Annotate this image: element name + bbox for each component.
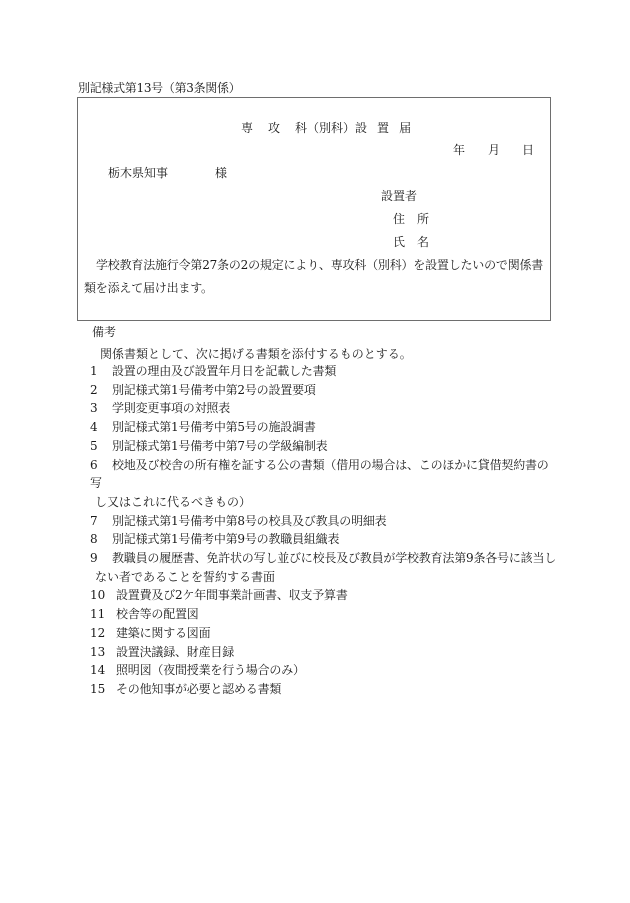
addressee: 栃木県知事	[108, 164, 168, 181]
item-text: 別記様式第1号備考中第7号の学級編制表	[112, 437, 327, 456]
item-text-continued: し又はこれに代るべきもの）	[90, 493, 560, 512]
title-part: 専	[241, 119, 253, 136]
item-text: 学則変更事項の対照表	[112, 399, 230, 418]
list-item: 11校舎等の配置図	[90, 605, 560, 624]
item-text: 設置の理由及び設置年月日を記載した書類	[112, 362, 336, 381]
item-number: 3	[90, 399, 112, 418]
item-text: 設置決議録、財産目録	[116, 643, 234, 662]
item-number: 11	[90, 605, 116, 624]
address-label: 住 所	[393, 210, 429, 227]
item-text: 別記様式第1号備考中第9号の教職員組織表	[112, 530, 339, 549]
item-number: 4	[90, 418, 112, 437]
title-part: 科（別科）設	[295, 119, 367, 136]
title-part: 届	[399, 119, 411, 136]
item-text: 校舎等の配置図	[116, 605, 199, 624]
item-text: 別記様式第1号備考中第5号の施設調書	[112, 418, 316, 437]
list-item: 14照明図（夜間授業を行う場合のみ）	[90, 661, 560, 680]
notes-heading: 備考	[92, 323, 116, 340]
item-number: 13	[90, 643, 116, 662]
item-number: 14	[90, 661, 116, 680]
attachments-list: 1設置の理由及び設置年月日を記載した書類 2別記様式第1号備考中第2号の設置要項…	[90, 362, 560, 699]
body-text: 学校教育法施行令第27条の2の規定により、専攻科（別科）を設置したいので関係書類…	[84, 254, 549, 300]
item-text: 設置費及び2ケ年間事業計画書、収支予算書	[116, 586, 348, 605]
item-number: 10	[90, 586, 116, 605]
item-number: 12	[90, 624, 116, 643]
item-number: 1	[90, 362, 112, 381]
date-day-label: 日	[522, 141, 534, 158]
item-number: 7	[90, 512, 112, 531]
list-item: 9教職員の履歴書、免許状の写し並びに校長及び教員が学校教育法第9条各号に該当しな…	[90, 549, 560, 586]
applicant-label: 設置者	[381, 187, 417, 204]
item-number: 8	[90, 530, 112, 549]
item-text: 教職員の履歴書、免許状の写し並びに校長及び教員が学校教育法第9条各号に該当し	[112, 551, 556, 565]
list-item: 5別記様式第1号備考中第7号の学級編制表	[90, 437, 560, 456]
title-part: 攻	[268, 119, 280, 136]
item-number: 2	[90, 381, 112, 400]
list-item: 7別記様式第1号備考中第8号の校具及び教具の明細表	[90, 512, 560, 531]
form-number-label: 別記様式第13号（第3条関係）	[78, 79, 240, 96]
notes-intro: 関係書類として、次に掲げる書類を添付するものとする。	[100, 345, 412, 362]
form-title: 専攻科（別科）設置届	[241, 119, 411, 136]
list-item: 10設置費及び2ケ年間事業計画書、収支予算書	[90, 586, 560, 605]
name-label: 氏 名	[393, 233, 429, 250]
list-item: 12建築に関する図面	[90, 624, 560, 643]
list-item: 6校地及び校舎の所有権を証する公の書類（借用の場合は、このほかに貸借契約書の写し…	[90, 456, 560, 512]
item-text: 別記様式第1号備考中第8号の校具及び教具の明細表	[112, 512, 386, 531]
item-text-continued: ない者であることを誓約する書面	[90, 568, 560, 587]
item-text: 建築に関する図面	[116, 624, 210, 643]
list-item: 15その他知事が必要と認める書類	[90, 680, 560, 699]
list-item: 2別記様式第1号備考中第2号の設置要項	[90, 381, 560, 400]
item-text: 照明図（夜間授業を行う場合のみ）	[116, 661, 305, 680]
item-text: 校地及び校舎の所有権を証する公の書類（借用の場合は、このほかに貸借契約書の写	[90, 458, 549, 491]
item-number: 9	[90, 549, 112, 568]
list-item: 3学則変更事項の対照表	[90, 399, 560, 418]
list-item: 1設置の理由及び設置年月日を記載した書類	[90, 362, 560, 381]
item-text: 別記様式第1号備考中第2号の設置要項	[112, 381, 316, 400]
list-item: 8別記様式第1号備考中第9号の教職員組織表	[90, 530, 560, 549]
honorific: 様	[215, 164, 227, 181]
date-month-label: 月	[488, 141, 500, 158]
item-number: 15	[90, 680, 116, 699]
date-year-label: 年	[453, 141, 465, 158]
item-number: 5	[90, 437, 112, 456]
item-number: 6	[90, 456, 112, 475]
list-item: 4別記様式第1号備考中第5号の施設調書	[90, 418, 560, 437]
item-text: その他知事が必要と認める書類	[116, 680, 281, 699]
title-part: 置	[377, 119, 389, 136]
list-item: 13設置決議録、財産目録	[90, 643, 560, 662]
